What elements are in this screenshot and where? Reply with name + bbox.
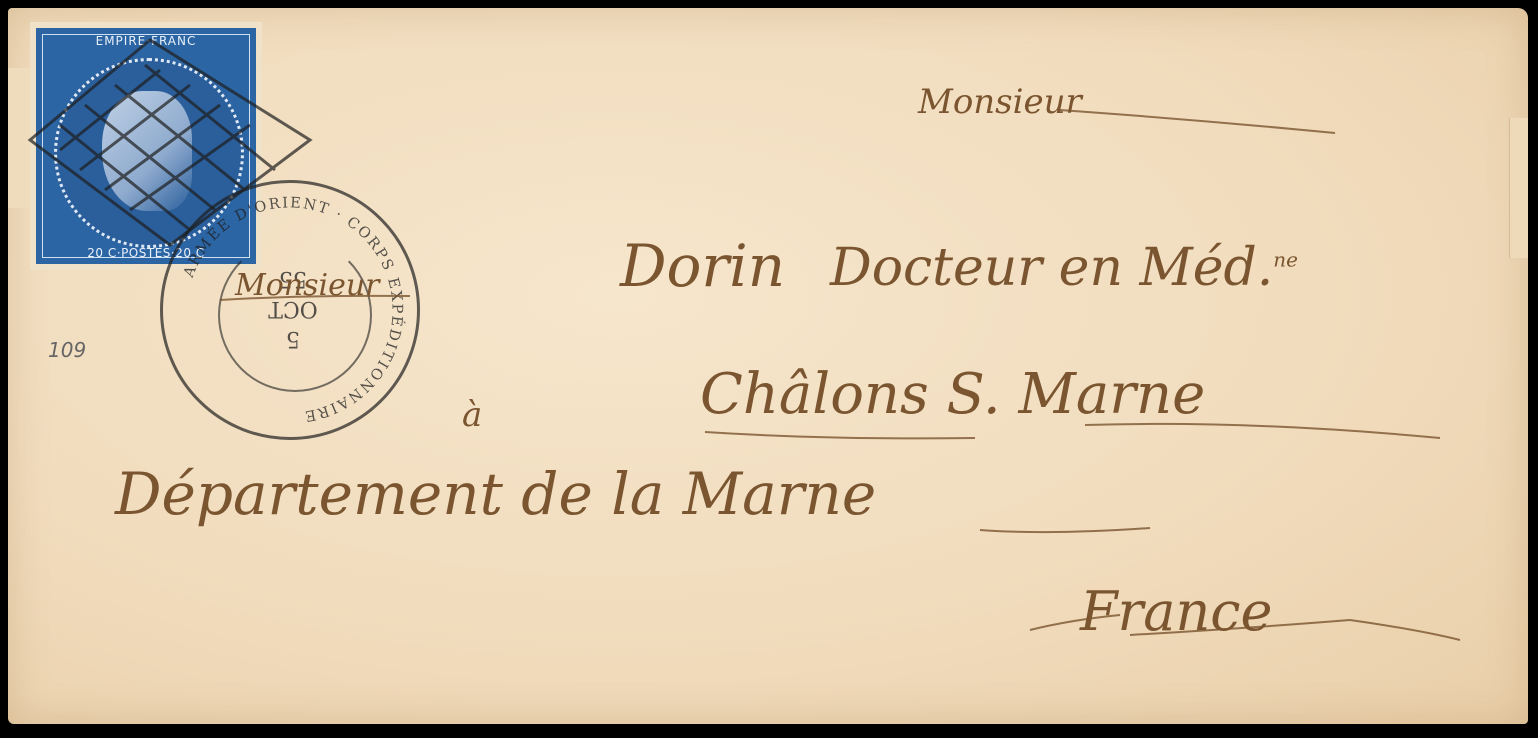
salutation-text: Monsieur [918, 82, 1082, 122]
preposition-text: à [462, 395, 482, 435]
addressee-name: Dorin [620, 232, 785, 300]
honorific-text: Monsieur [235, 268, 380, 303]
envelope-flap-right [1509, 118, 1528, 258]
postmark-day: 5 [253, 323, 333, 353]
addressee-title-text: Docteur en Méd. [830, 238, 1273, 298]
department-text: Département de la Marne [115, 460, 876, 528]
title-superscript: ne [1273, 248, 1298, 272]
circular-datestamp: ARMÉE D'ORIENT · CORPS EXPÉDITIONNAIRE 5… [160, 180, 420, 440]
pencil-reference-number: 109 [48, 338, 86, 362]
addressee-title: Docteur en Méd.ne [830, 238, 1298, 298]
city-text: Châlons S. Marne [700, 362, 1205, 427]
envelope-flap-left [8, 68, 31, 208]
country-text: France [1080, 580, 1272, 643]
stamp-top-inscription: EMPIRE·FRANC [36, 34, 256, 48]
